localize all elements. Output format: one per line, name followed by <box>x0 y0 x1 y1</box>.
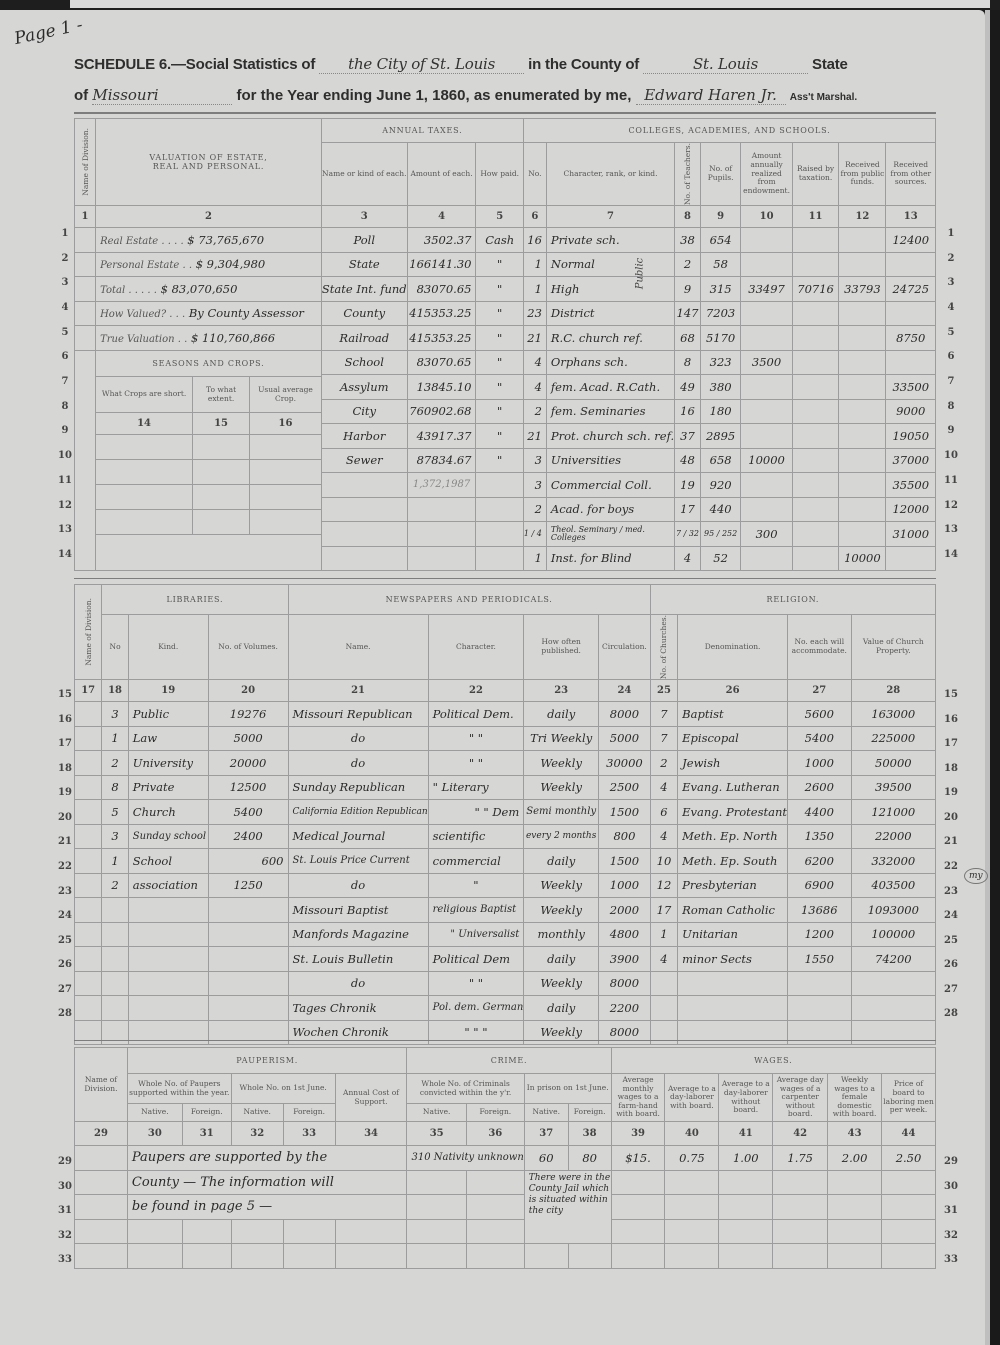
pauper-note-line: Paupers are supported by the <box>127 1146 407 1171</box>
public-bracket-label: Public <box>634 258 645 290</box>
seasons-and-crops: SEASONS AND CROPS. What Crops are short.… <box>96 350 322 571</box>
col9-header: No. of Pupils. <box>700 143 741 206</box>
marshal-label: Ass't Marshal. <box>790 92 857 103</box>
valuation-row: How Valued? . . . By County Assessor <box>96 301 322 326</box>
annual-taxes-header: ANNUAL TAXES. <box>321 119 523 143</box>
section2-table: Name of Division. LIBRARIES. NEWSPAPERS … <box>74 584 936 1045</box>
taxes-total: 1,372,1987 <box>407 473 476 498</box>
county-label: in the County of <box>528 56 639 73</box>
state-label: State <box>812 56 848 73</box>
table-row: do" "Weekly8000 <box>75 971 936 996</box>
crime-convicted: 310 Nativity unknown <box>407 1146 524 1171</box>
title-prefix: —Social Statistics of <box>171 56 315 73</box>
col12-header: Received from public funds. <box>839 143 886 206</box>
pauper-note-line: be found in page 5 — <box>127 1195 407 1220</box>
county-field: St. Louis <box>643 55 808 74</box>
valuation-row: Real Estate . . . . $ 73,765,670 <box>96 228 322 253</box>
table-row: 8Private12500Sunday Republican" Literary… <box>75 775 936 800</box>
col8-header: No. of Teachers. <box>675 143 701 206</box>
table-row: True Valuation . . $ 110,760,866 Railroa… <box>75 326 936 351</box>
libraries-header: LIBRARIES. <box>102 585 288 615</box>
table-row: Real Estate . . . . $ 73,765,670 Poll350… <box>75 228 936 253</box>
pauperism-header: PAUPERISM. <box>127 1048 407 1074</box>
wages-header: WAGES. <box>611 1048 935 1074</box>
table-row: 5Church5400California Edition Republican… <box>75 800 936 825</box>
section-divider <box>74 578 936 579</box>
section-divider <box>74 1040 936 1041</box>
column-number-row: 171819202122232425262728 <box>75 680 936 702</box>
table-row: Tages ChronikPol. dem. Germandaily2200 <box>75 996 936 1021</box>
column-number-row: 29303132333435363738394041424344 <box>75 1122 936 1146</box>
newspapers-header: NEWSPAPERS AND PERIODICALS. <box>288 585 650 615</box>
colleges-header: COLLEGES, ACADEMIES, AND SCHOOLS. <box>523 119 935 143</box>
page-edge <box>985 10 1000 1345</box>
marshal-field: Edward Haren Jr. <box>636 86 786 105</box>
schedule-title-line-2: of Missouri for the Year ending June 1, … <box>74 86 857 105</box>
col6-header: No. <box>523 143 546 206</box>
col11-header: Raised by taxation. <box>792 143 839 206</box>
col10-header: Amount annually realized from endowment. <box>741 143 792 206</box>
pauper-note-line: County — The information will <box>127 1170 407 1195</box>
table-row: 3Public19276Missouri RepublicanPolitical… <box>75 702 936 727</box>
col5-header: How paid. <box>476 143 523 206</box>
state-field: Missouri <box>92 86 232 105</box>
schedule-label: SCHEDULE 6. <box>74 56 171 73</box>
section3-table: Name of Division. PAUPERISM. CRIME. WAGE… <box>74 1047 936 1269</box>
table-row: Missouri Baptistreligious BaptistWeekly2… <box>75 898 936 923</box>
valuation-row: Total . . . . . $ 83,070,650 <box>96 277 322 302</box>
valuation-row: True Valuation . . $ 110,760,866 <box>96 326 322 351</box>
table-row: Total . . . . . $ 83,070,650 State Int. … <box>75 277 936 302</box>
margin-note: my <box>964 868 988 884</box>
schedule-title-line-1: SCHEDULE 6.—Social Statistics of the Cit… <box>74 55 848 74</box>
section1-table: Name of Division. VALUATION OF ESTATE, R… <box>74 118 936 571</box>
table-row: County — The information will There were… <box>75 1170 936 1195</box>
col4-header: Amount of each. <box>407 143 476 206</box>
name-of-division-header: Name of Division. <box>75 585 102 680</box>
table-row: SEASONS AND CROPS. What Crops are short.… <box>75 350 936 375</box>
table-row: Manfords Magazine" Universalistmonthly48… <box>75 922 936 947</box>
place-field: the City of St. Louis <box>319 55 524 74</box>
of-label: of <box>74 87 88 104</box>
year-text: for the Year ending June 1, 1860, as enu… <box>237 87 632 104</box>
table-row: Paupers are supported by the 310 Nativit… <box>75 1146 936 1171</box>
name-of-division-header: Name of Division. <box>75 119 96 206</box>
col13-header: Received from other sources. <box>886 143 936 206</box>
header-rule <box>74 112 936 114</box>
crime-header: CRIME. <box>407 1048 611 1074</box>
table-row: be found in page 5 — <box>75 1195 936 1220</box>
table-row: Personal Estate . . $ 9,304,980 State166… <box>75 252 936 277</box>
column-number-row: 1 2 3 4 5 6 7 8 9 10 11 12 13 <box>75 206 936 228</box>
religion-header: RELIGION. <box>650 585 935 615</box>
name-of-division-header: Name of Division. <box>75 1048 128 1122</box>
table-row <box>75 1219 936 1244</box>
table-row: How Valued? . . . By County Assessor Cou… <box>75 301 936 326</box>
col3-header: Name or kind of each. <box>321 143 407 206</box>
valuation-row: Personal Estate . . $ 9,304,980 <box>96 252 322 277</box>
table-row: 2association1250do"Weekly100012Presbyter… <box>75 873 936 898</box>
table-row: 1Law5000do" "Tri Weekly50007Episcopal540… <box>75 726 936 751</box>
table-row <box>75 1244 936 1269</box>
table-row: 3Sunday school2400Medical Journalscienti… <box>75 824 936 849</box>
table-row: St. Louis BulletinPolitical Demdaily3900… <box>75 947 936 972</box>
col7-header: Character, rank, or kind. <box>546 143 674 206</box>
table-row: 2University20000do" "Weekly300002Jewish1… <box>75 751 936 776</box>
valuation-header: VALUATION OF ESTATE, REAL AND PERSONAL. <box>96 119 322 206</box>
prison-note: There were in the County Jail which is s… <box>524 1170 611 1244</box>
table-row: 1School600St. Louis Price Currentcommerc… <box>75 849 936 874</box>
